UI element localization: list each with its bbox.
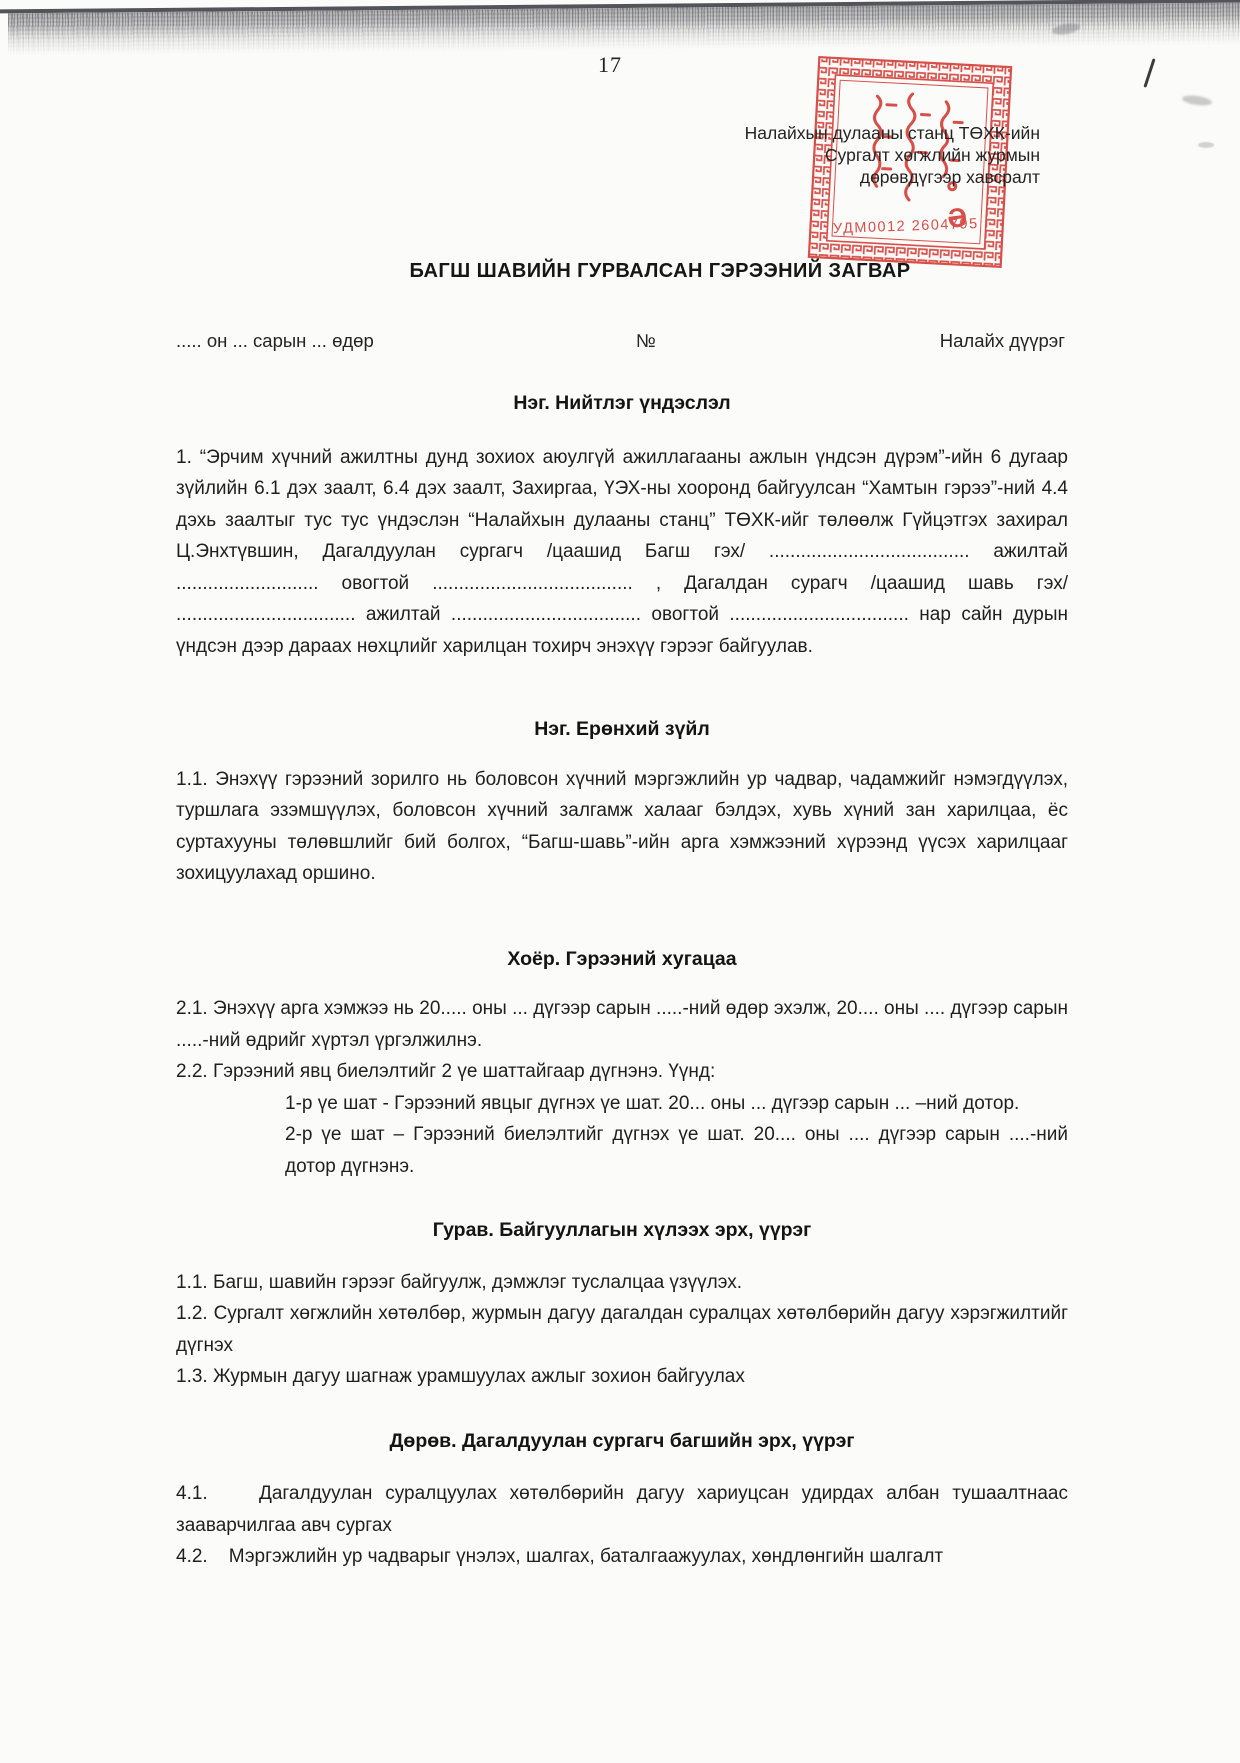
item-1-1: 1.1. Багш, шавийн гэрээг байгуулж, дэмжл… xyxy=(176,1267,1068,1299)
section-heading-general-article: Нэг. Ерөнхий зүйл xyxy=(176,714,1068,746)
date-placeholder: ..... он ... сарын ... өдөр xyxy=(176,330,374,352)
date-line: ..... он ... сарын ... өдөр № Налайх дүү… xyxy=(176,330,1068,356)
item-1-2: 1.2. Сургалт хөгжлийн хөтөлбөр, журмын д… xyxy=(176,1298,1068,1361)
stage-2-item: 2-р үе шат – Гэрээний биелэлтийг дүгнэх … xyxy=(176,1119,1068,1182)
smudge-mark xyxy=(1198,142,1214,148)
paragraph-2-1: 2.1. Энэхүү арга хэмжээ нь 20..... оны .… xyxy=(176,993,1068,1056)
reference-line-1: Налайхын дулааны станц ТӨХК-ийн xyxy=(745,122,1040,144)
item-4-2: 4.2. Мэргэжлийн ур чадварыг үнэлэх, шалг… xyxy=(176,1541,1068,1573)
reference-line-2: Сургалт хөгжлийн журмын xyxy=(745,144,1040,166)
item-1-3: 1.3. Журмын дагуу шагнаж урамшуулах ажлы… xyxy=(176,1361,1068,1393)
reference-line-3: дөрөвдүгээр хавсралт xyxy=(745,166,1040,188)
scanned-page: 17 Ә УДМ0012 2604795 Нал xyxy=(0,0,1240,1763)
item-4-1: 4.1. Дагалдуулан суралцуулах хөтөлбөрийн… xyxy=(176,1478,1068,1541)
section-heading-mentor-duties: Дөрөв. Дагалдуулан сургагч багшийн эрх, … xyxy=(176,1426,1068,1458)
stamp-serial: УДМ0012 2604795 xyxy=(833,216,979,237)
section-heading-general-basis: Нэг. Нийтлэг үндэслэл xyxy=(176,388,1068,420)
number-sign: № xyxy=(636,330,656,352)
paragraph-1-1: 1.1. Энэхүү гэрээний зорилго нь боловсон… xyxy=(176,764,1068,890)
stage-1-item: 1-р үе шат - Гэрээний явцыг дүгнэх үе ша… xyxy=(176,1088,1068,1120)
section-heading-contract-duration: Хоёр. Гэрээний хугацаа xyxy=(176,944,1068,976)
pen-mark xyxy=(1143,58,1155,87)
paragraph-2-2: 2.2. Гэрээний явц биелэлтийг 2 үе шаттай… xyxy=(176,1056,1068,1088)
section-heading-organization-duties: Гурав. Байгууллагын хүлээх эрх, үүрэг xyxy=(176,1215,1068,1247)
smudge-mark xyxy=(1182,94,1213,107)
document-title: БАГШ ШАВИЙН ГУРВАЛСАН ГЭРЭЭНИЙ ЗАГВАР xyxy=(200,260,1120,283)
district-label: Налайх дүүрэг xyxy=(940,330,1065,352)
document-reference: Налайхын дулааны станц ТӨХК-ийн Сургалт … xyxy=(745,122,1040,188)
paragraph-1: 1. “Эрчим хүчний ажилтны дунд зохиох аюу… xyxy=(176,442,1068,663)
